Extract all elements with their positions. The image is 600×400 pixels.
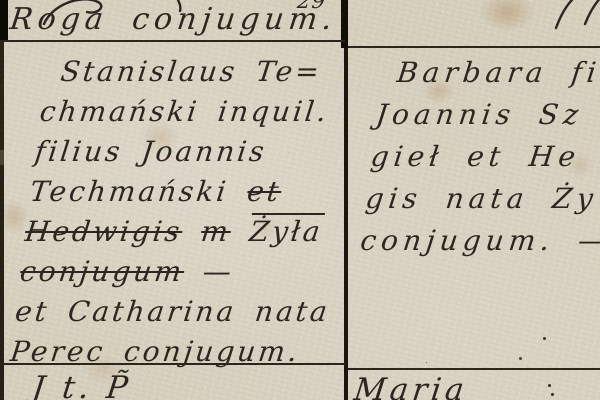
handwritten-text: Perec conjugum. [8, 335, 301, 368]
marginal-number-fragment: 29 [296, 0, 328, 13]
handwritten-line: conjugum — [18, 252, 337, 292]
entry-roga-conjugum: Roga conjugum. [8, 2, 339, 37]
handwritten-text: Barbara fi [395, 56, 600, 89]
entry-stanislaus-techmanski: Stanislaus Te=chmański inquil.filius Joa… [8, 52, 362, 372]
handwritten-text: Stanislaus Te= [59, 55, 324, 88]
handwritten-text: gis nata Ży [364, 182, 600, 215]
handwritten-line: Barbara fi [395, 52, 600, 94]
handwritten-text: Żyła [248, 215, 325, 248]
handwritten-line: gieł et He [368, 136, 600, 178]
handwritten-line: chmański inquil. [37, 92, 356, 132]
handwritten-text: — [182, 255, 236, 288]
handwritten-text: chmański inquil. [38, 95, 331, 128]
handwritten-line: Stanislaus Te= [58, 52, 361, 92]
vertical-rule-left-cap [0, 0, 8, 40]
handwritten-line: conjugum. — [358, 220, 600, 262]
entry-barbara: Barbara fiJoannis Szgieł et Hegis nata Ż… [358, 52, 600, 262]
register-page-photo: Roga conjugum. 29 Stanislaus Te=chmański… [0, 0, 600, 400]
horizontal-rule-left-top [0, 40, 345, 42]
struck-text: et [245, 175, 283, 208]
handwritten-line: Joannis Sz [373, 94, 600, 136]
handwritten-text: Joannis Sz [374, 98, 585, 131]
horizontal-rule-right-top [348, 46, 600, 48]
handwritten-line: filius Joannis [33, 132, 352, 172]
stroke-top-right-1 [556, 0, 575, 28]
handwritten-text: gieł et He [369, 140, 582, 173]
handwritten-text: Techmański [28, 175, 249, 208]
struck-text: m [199, 215, 233, 248]
handwritten-text: filius Joannis [33, 135, 269, 168]
handwritten-text: et Catharina nata [13, 295, 332, 328]
horizontal-rule-right-bottom [348, 368, 600, 370]
ink-specks [543, 337, 546, 340]
stain-blob [468, 0, 546, 40]
vertical-rule-left [0, 0, 4, 400]
handwritten-text: conjugum. — [359, 224, 600, 257]
handwritten-line: Hedwigis m Żyła [23, 212, 342, 252]
next-entry-fragment-left: J t. P̃ [30, 370, 134, 400]
struck-text: conjugum [18, 255, 186, 288]
handwritten-line: et Catharina nata [13, 292, 332, 332]
handwritten-line: gis nata Ży [363, 178, 600, 220]
stroke-top-right-2 [585, 0, 600, 24]
handwritten-line: Perec conjugum. [8, 332, 327, 372]
struck-text: Hedwigis [23, 215, 184, 248]
next-entry-fragment-right: Maria [352, 372, 470, 400]
handwritten-line: Techmański et [28, 172, 347, 212]
